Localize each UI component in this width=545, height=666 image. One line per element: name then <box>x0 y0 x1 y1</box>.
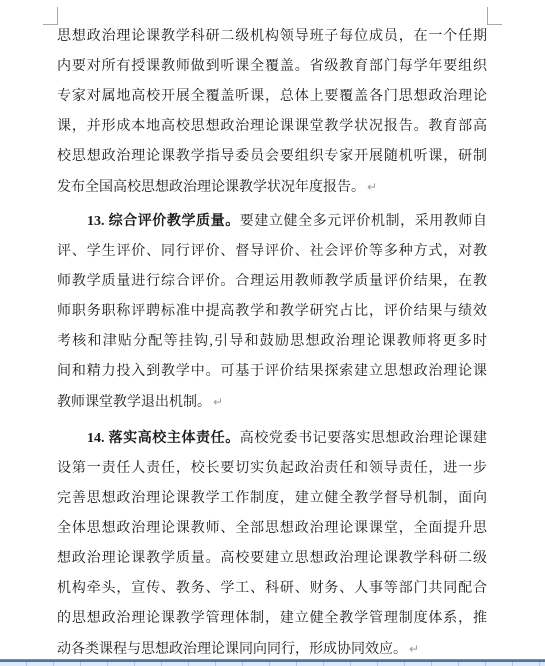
paragraph-item-14: 14. 落实高校主体责任。高校党委书记要落实思想政治理论课建 设第一责任人责任，… <box>57 424 487 664</box>
paragraph-mark-icon: ↵ <box>213 395 223 409</box>
text-line: 设第一责任人责任，校长要切实负起政治责任和领导责任，进一步 <box>57 454 487 484</box>
text-line: 内要对所有授课教师做到听课全覆盖。省级教育部门每学年要组织 <box>57 52 487 82</box>
item-14-heading: 14. 落实高校主体责任。 <box>87 431 240 446</box>
text-line: 师教学质量进行综合评价。合理运用教师教学质量评价结果，在教 <box>57 267 487 297</box>
text-line: 评、学生评价、同行评价、督导评价、社会评价等多种方式，对教 <box>57 237 487 267</box>
text-line: 教师课堂教学退出机制。↵ <box>57 387 487 417</box>
text-line: 想政治理论课教学质量。高校要建立思想政治理论课教学科研二级 <box>57 544 487 574</box>
text-line: 考核和津贴分配等挂钩,引导和鼓励思想政治理论课教师将更多时 <box>57 327 487 357</box>
paragraph-mark-icon: ↵ <box>409 642 419 656</box>
text-line: 机构牵头，宣传、教务、学工、科研、财务、人事等部门共同配合 <box>57 574 487 604</box>
text-line: 课，并形成本地高校思想政治理论课课堂教学状况报告。教育部高 <box>57 112 487 142</box>
text-line: 校思想政治理论课教学指导委员会要组织专家开展随机听课，研制 <box>57 142 487 172</box>
document-page: 思想政治理论课教学科研二级机构领导班子每位成员，在一个任期 内要对所有授课教师做… <box>0 0 545 666</box>
paragraph-continuation: 思想政治理论课教学科研二级机构领导班子每位成员，在一个任期 内要对所有授课教师做… <box>57 22 487 202</box>
text-line-content: 要建立健全多元评价机制，采用教师自 <box>240 214 487 229</box>
text-line: 思想政治理论课教学科研二级机构领导班子每位成员，在一个任期 <box>57 22 487 52</box>
item-13-heading: 13. 综合评价教学质量。 <box>87 214 240 229</box>
text-line-content: 发布全国高校思想政治理论课教学状况年度报告。 <box>57 180 365 195</box>
text-line: 全体思想政治理论课教师、全部思想政治理论课课堂，全面提升思 <box>57 514 487 544</box>
text-line: 14. 落实高校主体责任。高校党委书记要落实思想政治理论课建 <box>57 424 487 454</box>
status-bar-background <box>0 662 545 666</box>
text-line: 13. 综合评价教学质量。要建立健全多元评价机制，采用教师自 <box>57 207 487 237</box>
text-boundary-mark-top-left <box>43 7 58 25</box>
paragraph-mark-icon: ↵ <box>367 180 377 194</box>
text-line-content: 高校党委书记要落实思想政治理论课建 <box>240 431 487 446</box>
text-line: 间和精力投入到教学中。可基于评价结果探索建立思想政治理论课 <box>57 357 487 387</box>
status-bar-sliver <box>0 659 545 666</box>
text-line: 专家对属地高校开展全覆盖听课，总体上要覆盖各门思想政治理论 <box>57 82 487 112</box>
text-boundary-mark-top-right <box>487 7 502 25</box>
text-line: 完善思想政治理论课教学工作制度，建立健全教学督导机制，面向 <box>57 484 487 514</box>
document-text-area[interactable]: 思想政治理论课教学科研二级机构领导班子每位成员，在一个任期 内要对所有授课教师做… <box>57 22 487 664</box>
text-line: 发布全国高校思想政治理论课教学状况年度报告。↵ <box>57 172 487 202</box>
text-line: 的思想政治理论课教学管理体制，建立健全教学管理制度体系，推 <box>57 604 487 634</box>
paragraph-item-13: 13. 综合评价教学质量。要建立健全多元评价机制，采用教师自 评、学生评价、同行… <box>57 207 487 417</box>
text-line-content: 教师课堂教学退出机制。 <box>57 395 211 410</box>
text-line: 师职务职称评聘标准中提高教学和教学研究占比，评价结果与绩效 <box>57 297 487 327</box>
text-line-content: 动各类课程与思想政治理论课同向同行，形成协同效应。 <box>57 642 407 657</box>
